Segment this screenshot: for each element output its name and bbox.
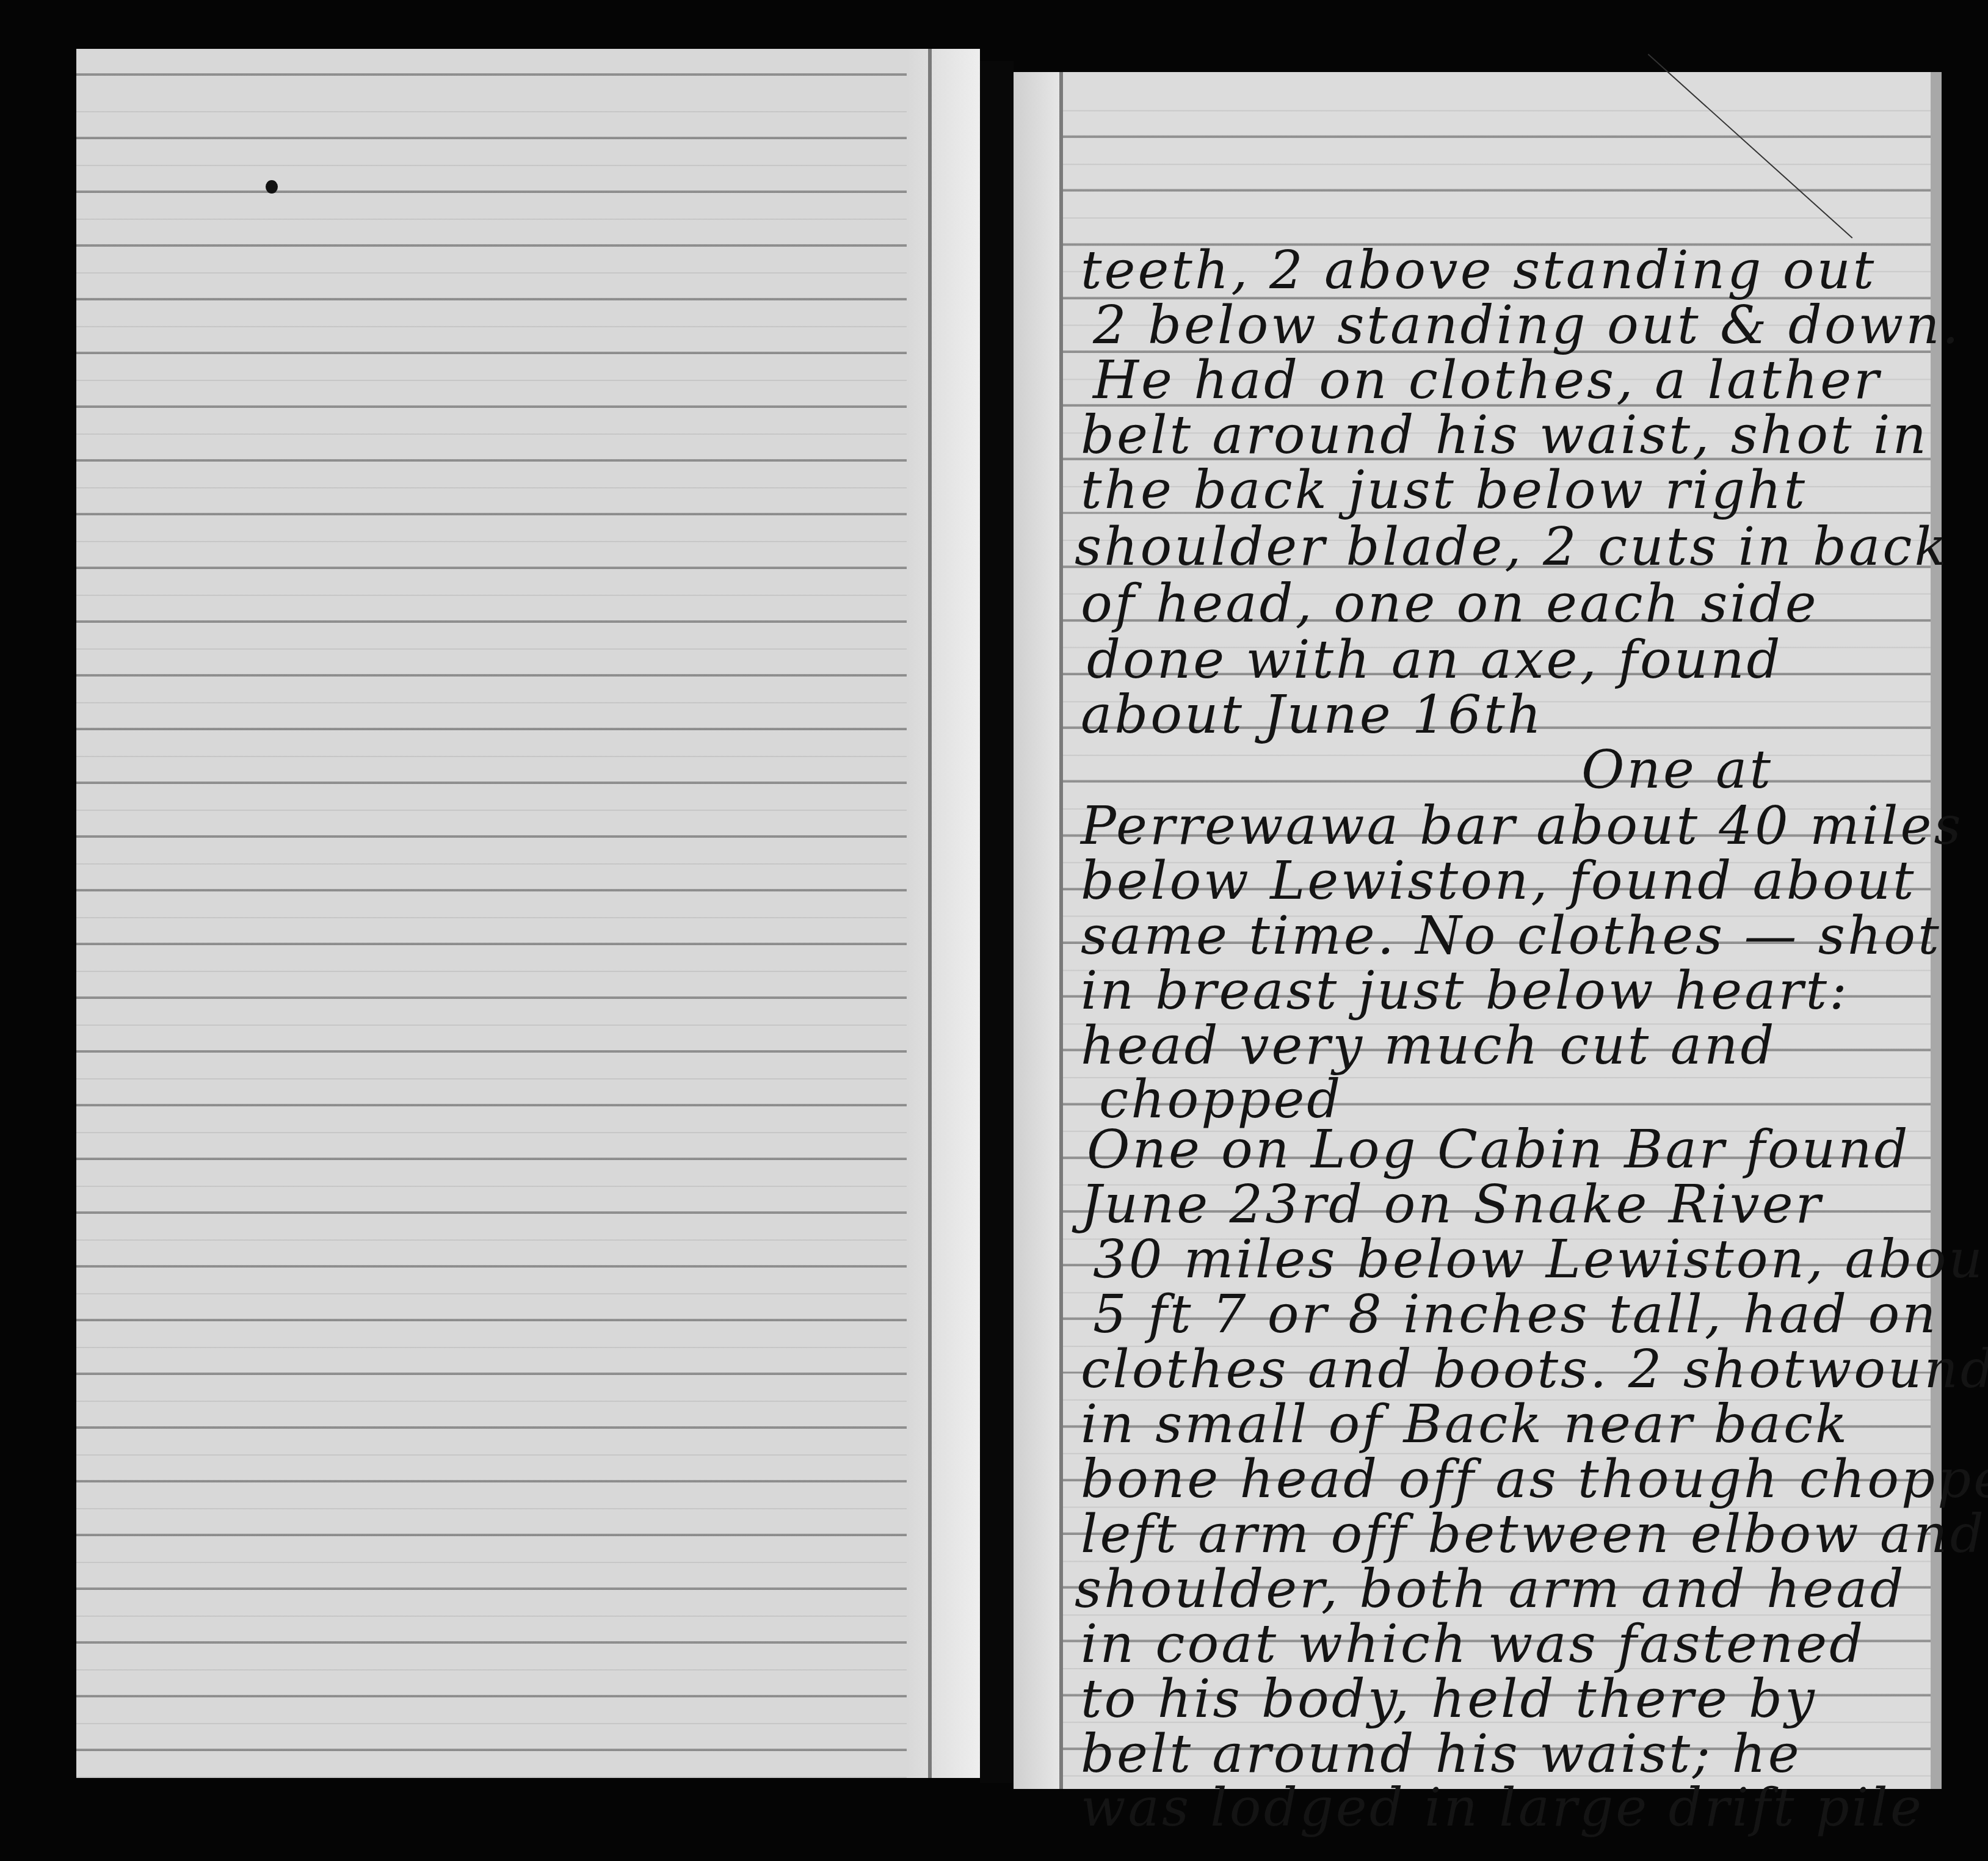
handwritten-line: 5 ft 7 or 8 inches tall, had on [1093,1288,1939,1341]
handwritten-line: was lodged in large drift pile [1081,1782,1924,1834]
book-gutter [980,61,1014,1783]
right-page-margin-rule [1059,72,1063,1789]
handwritten-line: same time. No clothes — shot [1081,910,1942,962]
ink-blot [266,180,278,194]
diagonal-crease-line [1648,54,1853,239]
handwritten-line: the back just below right [1081,464,1807,517]
right-page-binding-strip [1014,72,1059,1789]
handwritten-line: June 23rd on Snake River [1081,1178,1823,1231]
handwritten-line: belt around his waist; he [1081,1728,1802,1780]
right-page: teeth, 2 above standing out 2 below stan… [1014,72,1942,1789]
left-page [76,49,980,1778]
left-page-margin-rule [928,49,932,1778]
left-page-fore-edge [907,49,980,1778]
handwritten-line: head very much cut and [1081,1020,1776,1072]
handwritten-line: chopped [1099,1073,1343,1126]
handwritten-line: done with an axe, found [1087,634,1783,686]
handwritten-line: shoulder, both arm and head [1075,1563,1906,1616]
handwritten-line: 2 below standing out & down. [1093,299,1961,352]
handwritten-line: 30 miles below Lewiston, about [1093,1233,1988,1286]
handwritten-line: One on Log Cabin Bar found [1087,1123,1910,1176]
handwritten-line: clothes and boots. 2 shotwounds [1081,1343,1988,1396]
handwritten-line: about June 16th [1081,689,1544,741]
handwritten-line: in coat which was fastened [1081,1618,1865,1671]
handwritten-line: in small of Back near back [1081,1398,1849,1451]
handwritten-line: shoulder blade, 2 cuts in back [1075,521,1949,573]
handwritten-line: Perrewawa bar about 40 miles [1081,800,1964,852]
handwritten-line: left arm off between elbow and [1081,1508,1986,1561]
handwritten-line: One at [1581,744,1773,796]
handwritten-line: to his body, held there by [1081,1673,1817,1725]
handwritten-line: He had on clothes, a lather [1093,354,1881,407]
handwritten-line: teeth, 2 above standing out [1081,244,1876,297]
handwritten-line: bone head off as though chopped [1081,1453,1988,1506]
handwritten-line: of head, one on each side [1081,578,1819,630]
handwritten-line: below Lewiston, found about [1081,855,1917,907]
handwritten-line: in breast just below heart: [1081,965,1849,1017]
handwritten-line: belt around his waist, shot in [1081,409,1929,462]
